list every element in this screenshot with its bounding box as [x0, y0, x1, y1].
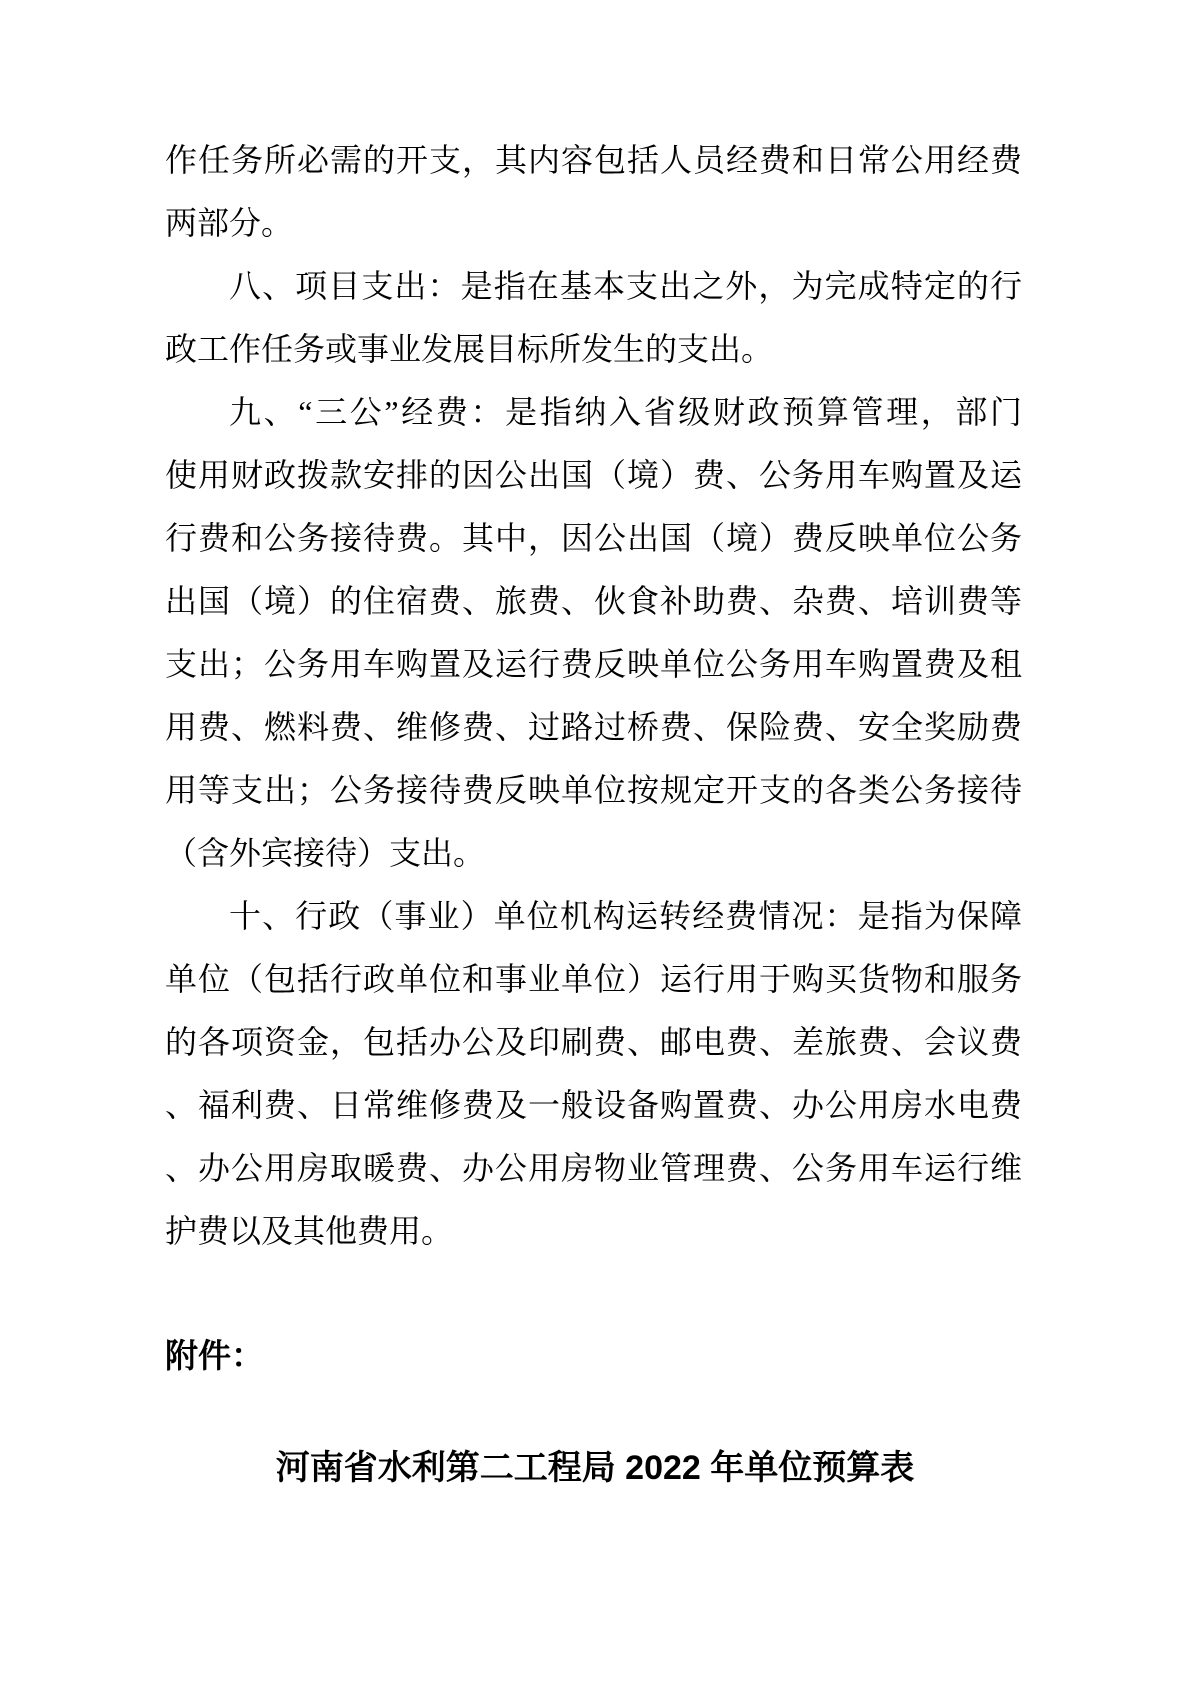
attachment-label: 附件： [165, 1336, 264, 1376]
text-line: 的各项资金，包括办公及印刷费、邮电费、差旅费、会议费 [165, 1011, 1022, 1074]
attachment-title: 河南省水利第二工程局 2022 年单位预算表 [0, 1446, 1190, 1490]
text-line: 单位（包括行政单位和事业单位）运行用于购买货物和服务 [165, 948, 1022, 1011]
paragraph: 十、行政（事业）单位机构运转经费情况：是指为保障单位（包括行政单位和事业单位）运… [165, 885, 1022, 1263]
document-body: 作任务所必需的开支，其内容包括人员经费和日常公用经费两部分。八、项目支出：是指在… [165, 129, 1022, 1263]
text-line: 、办公用房取暖费、办公用房物业管理费、公务用车运行维 [165, 1137, 1022, 1200]
text-line: 使用财政拨款安排的因公出国（境）费、公务用车购置及运 [165, 444, 1022, 507]
document-page: 作任务所必需的开支，其内容包括人员经费和日常公用经费两部分。八、项目支出：是指在… [0, 0, 1190, 1683]
text-line: 政工作任务或事业发展目标所发生的支出。 [165, 318, 1022, 381]
text-line: （含外宾接待）支出。 [165, 822, 1022, 885]
text-line: 九、“三公”经费：是指纳入省级财政预算管理，部门 [165, 381, 1022, 444]
text-line: 用费、燃料费、维修费、过路过桥费、保险费、安全奖励费 [165, 696, 1022, 759]
text-line: 出国（境）的住宿费、旅费、伙食补助费、杂费、培训费等 [165, 570, 1022, 633]
paragraph: 八、项目支出：是指在基本支出之外，为完成特定的行政工作任务或事业发展目标所发生的… [165, 255, 1022, 381]
paragraph: 作任务所必需的开支，其内容包括人员经费和日常公用经费两部分。 [165, 129, 1022, 255]
text-line: 作任务所必需的开支，其内容包括人员经费和日常公用经费 [165, 129, 1022, 192]
text-line: 八、项目支出：是指在基本支出之外，为完成特定的行 [165, 255, 1022, 318]
text-line: 十、行政（事业）单位机构运转经费情况：是指为保障 [165, 885, 1022, 948]
text-line: 用等支出；公务接待费反映单位按规定开支的各类公务接待 [165, 759, 1022, 822]
text-line: 护费以及其他费用。 [165, 1200, 1022, 1263]
paragraph: 九、“三公”经费：是指纳入省级财政预算管理，部门使用财政拨款安排的因公出国（境）… [165, 381, 1022, 885]
text-line: 行费和公务接待费。其中，因公出国（境）费反映单位公务 [165, 507, 1022, 570]
text-line: 、福利费、日常维修费及一般设备购置费、办公用房水电费 [165, 1074, 1022, 1137]
text-line: 支出；公务用车购置及运行费反映单位公务用车购置费及租 [165, 633, 1022, 696]
text-line: 两部分。 [165, 192, 1022, 255]
